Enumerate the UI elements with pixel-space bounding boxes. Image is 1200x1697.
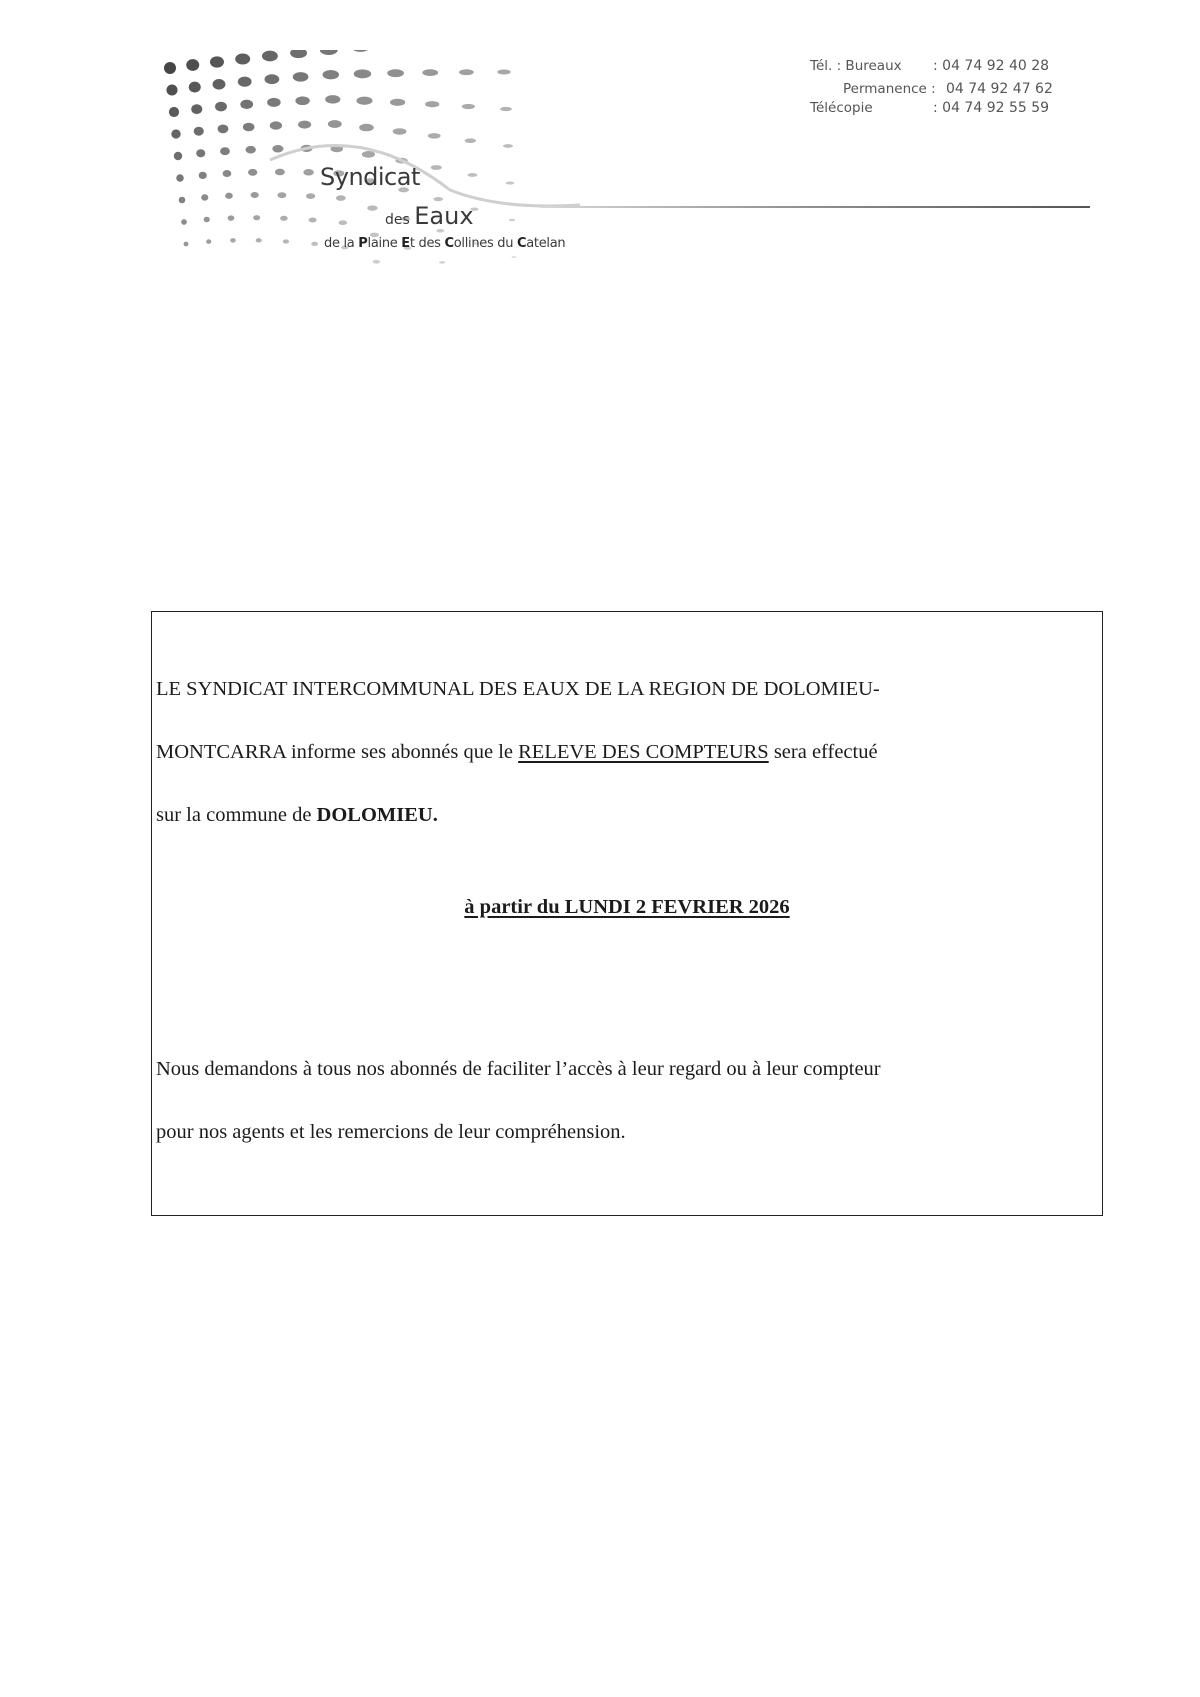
permanence-value: 04 74 92 47 62 [946, 81, 1053, 97]
logo-des: des [385, 212, 410, 228]
notice-line-3: sur la commune de DOLOMIEU. [156, 804, 438, 827]
logo-title: Syndicat [320, 163, 420, 191]
header-divider [540, 206, 1090, 208]
logo-tagline-part: P [358, 236, 367, 251]
organization-logo: Syndicat des Eaux de la Plaine Et des Co… [160, 50, 580, 280]
permanence-label: Permanence : [843, 81, 936, 97]
commune-name: DOLOMIEU. [317, 804, 438, 826]
tel-bureaux-label: Tél. : Bureaux [810, 58, 902, 74]
logo-tagline: de la Plaine Et des Collines du Catelan [324, 236, 565, 251]
logo-tagline-part: de la [324, 236, 358, 251]
tel-bureaux-value: : 04 74 92 40 28 [933, 58, 1049, 74]
logo-tagline-part: C [517, 236, 526, 251]
notice-line-3-text: sur la commune de [156, 804, 317, 826]
notice-line-2: MONTCARRA informe ses abonnés que le REL… [156, 741, 878, 764]
start-date: à partir du LUNDI 2 FEVRIER 2026 [152, 896, 1102, 919]
releve-des-compteurs: RELEVE DES COMPTEURS [518, 741, 769, 763]
logo-tagline-part: t des [410, 236, 445, 251]
logo-tagline-part: E [401, 236, 410, 251]
logo-tagline-part: C [444, 236, 453, 251]
telecopie-value: : 04 74 92 55 59 [933, 100, 1049, 116]
notice-line-1: LE SYNDICAT INTERCOMMUNAL DES EAUX DE LA… [156, 678, 880, 701]
logo-subtitle: des Eaux [385, 202, 474, 230]
notice-box: LE SYNDICAT INTERCOMMUNAL DES EAUX DE LA… [151, 611, 1103, 1216]
notice-line-2-end: sera effectué [769, 741, 878, 763]
request-line-1: Nous demandons à tous nos abonnés de fac… [156, 1058, 881, 1081]
telecopie-label: Télécopie [810, 100, 873, 116]
logo-tagline-part: laine [368, 236, 402, 251]
notice-line-2-text: MONTCARRA informe ses abonnés que le [156, 741, 518, 763]
logo-eaux: Eaux [414, 202, 473, 230]
logo-tagline-part: atelan [526, 236, 565, 251]
request-line-2: pour nos agents et les remercions de leu… [156, 1121, 626, 1144]
logo-tagline-part: ollines du [454, 236, 517, 251]
